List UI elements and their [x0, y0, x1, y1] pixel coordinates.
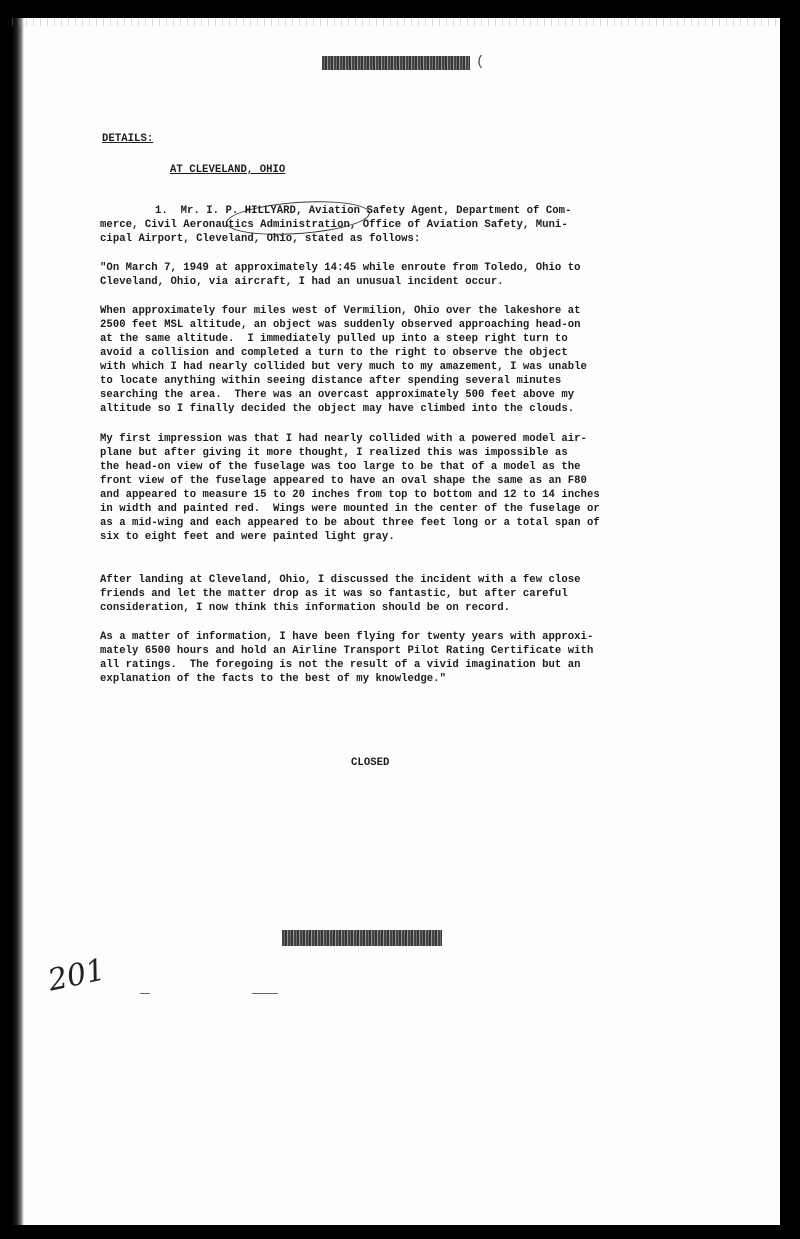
paragraph-line: in width and painted red. Wings were mou… — [100, 502, 720, 516]
paragraph-line: friends and let the matter drop as it wa… — [100, 587, 720, 601]
intro-line: merce, Civil Aeronautics Administration,… — [100, 218, 568, 232]
paragraph-line: the head-on view of the fuselage was too… — [100, 460, 720, 474]
section-label: DETAILS: — [102, 132, 153, 146]
dash-mark — [252, 993, 278, 994]
paragraph-line: My first impression was that I had nearl… — [100, 432, 720, 446]
intro-line: 1. Mr. I. P. HILLYARD, Aviation Safety A… — [155, 204, 571, 218]
scan-speckle — [12, 18, 780, 26]
paragraph-line: with which I had nearly collided but ver… — [100, 360, 720, 374]
paragraph-line: After landing at Cleveland, Ohio, I disc… — [100, 573, 720, 587]
paragraph-line: mately 6500 hours and hold an Airline Tr… — [100, 644, 720, 658]
paragraph-line: As a matter of information, I have been … — [100, 630, 720, 644]
stamp-mark: ( — [476, 54, 484, 70]
paragraph-line: 2500 feet MSL altitude, an object was su… — [100, 318, 720, 332]
paragraph-line: consideration, I now think this informat… — [100, 601, 720, 615]
paragraph-line: six to eight feet and were painted light… — [100, 530, 720, 544]
location-heading: AT CLEVELAND, OHIO — [170, 163, 285, 177]
paragraph-line: to locate anything within seeing distanc… — [100, 374, 720, 388]
paragraph-line: "On March 7, 1949 at approximately 14:45… — [100, 261, 720, 275]
document-page: ( DETAILS: AT CLEVELAND, OHIO 1. Mr. I. … — [12, 18, 780, 1225]
paragraph-line: altitude so I finally decided the object… — [100, 402, 720, 416]
handwritten-page-number: 201 — [45, 952, 108, 998]
intro-line: cipal Airport, Cleveland, Ohio, stated a… — [100, 232, 420, 246]
paragraph-line: at the same altitude. I immediately pull… — [100, 332, 720, 346]
paragraph-line: plane but after giving it more thought, … — [100, 446, 720, 460]
paragraph-line: When approximately four miles west of Ve… — [100, 304, 720, 318]
paragraph-line: searching the area. There was an overcas… — [100, 388, 720, 402]
paragraph-line: Cleveland, Ohio, via aircraft, I had an … — [100, 275, 720, 289]
paragraph-line: front view of the fuselage appeared to h… — [100, 474, 720, 488]
paragraph-line: and appeared to measure 15 to 20 inches … — [100, 488, 720, 502]
paragraph-line: explanation of the facts to the best of … — [100, 672, 720, 686]
scan-edge-shadow — [12, 18, 24, 1225]
paragraph-line: as a mid-wing and each appeared to be ab… — [100, 516, 720, 530]
dash-mark — [140, 993, 150, 994]
paragraph-line: avoid a collision and completed a turn t… — [100, 346, 720, 360]
redacted-footer-stamp — [282, 930, 442, 946]
paragraph-line: all ratings. The foregoing is not the re… — [100, 658, 720, 672]
closed-label: CLOSED — [351, 756, 389, 770]
redacted-header-stamp — [322, 56, 470, 70]
